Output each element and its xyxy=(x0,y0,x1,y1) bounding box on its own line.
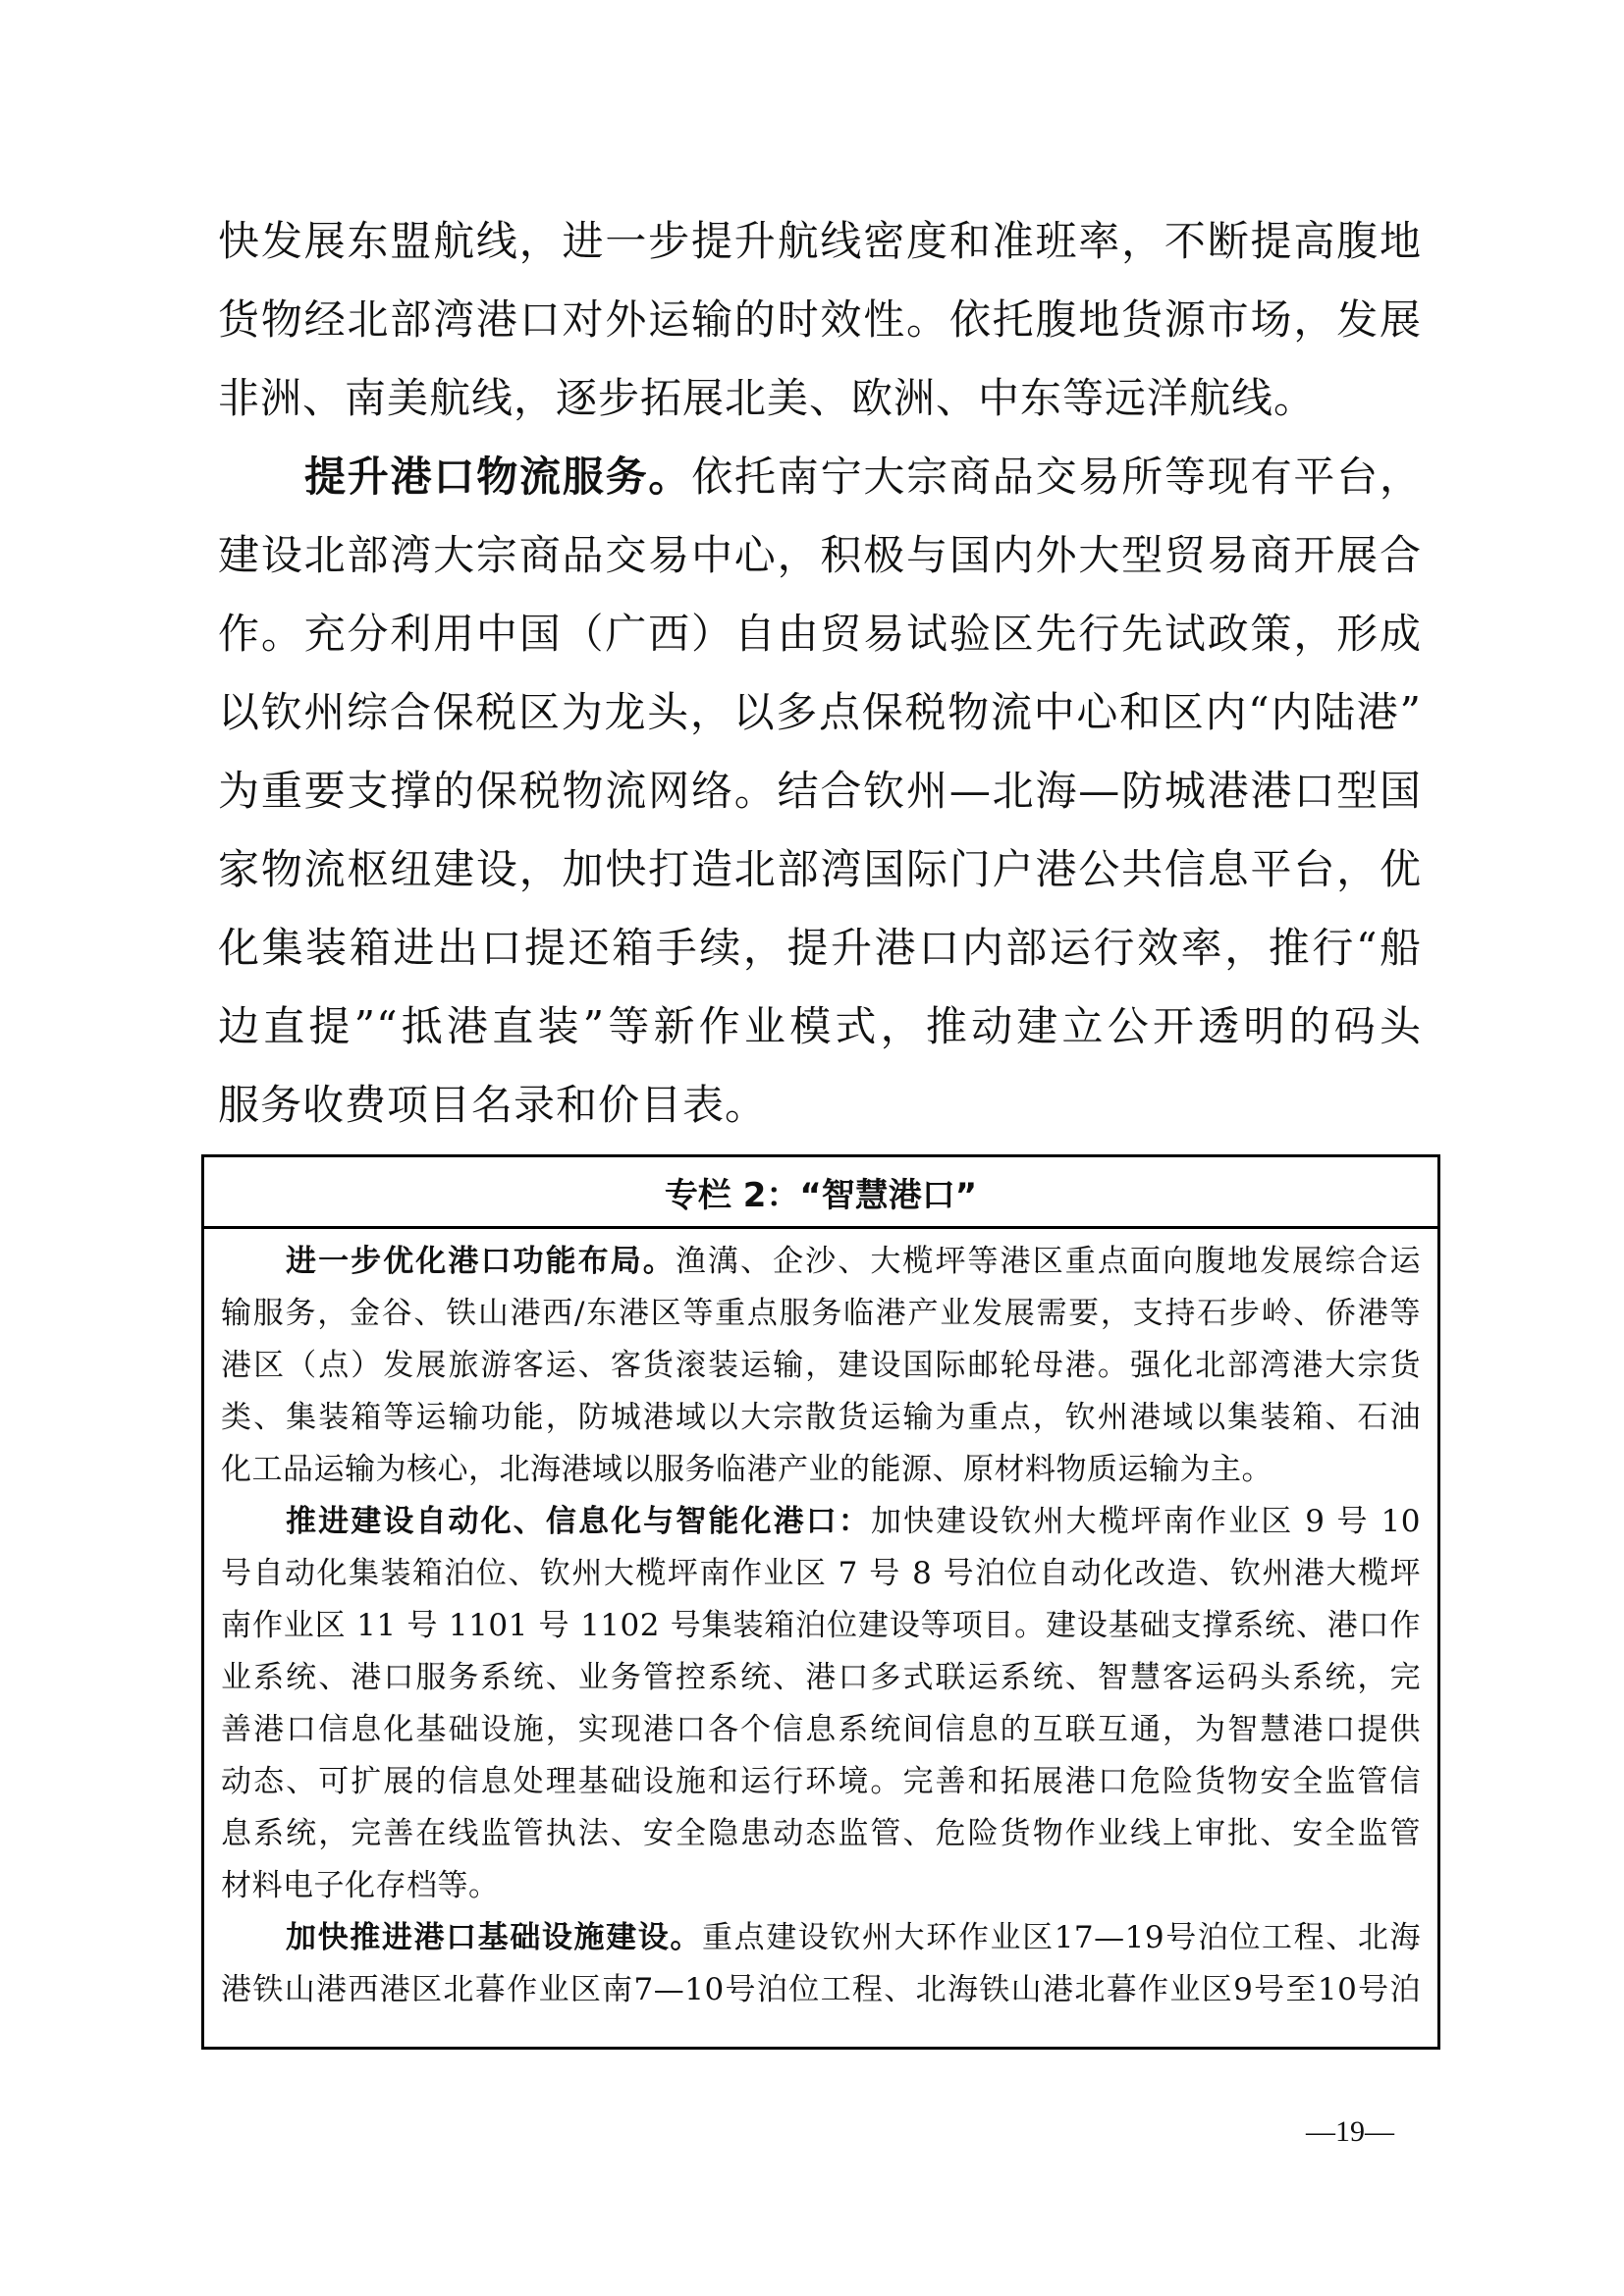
line-text: 输服务，金谷、铁山港西/东港区等重点服务临港产业发展需要，支持石步岭、侨港等 xyxy=(221,1296,1421,1331)
line-text: 重点建设钦州大环作业区17—19号泊位工程、北海 xyxy=(702,1920,1421,1955)
line-text: 化集装箱进出口提还箱手续，提升港口内部运行效率，推行“船 xyxy=(218,924,1422,972)
line-text: 加快建设钦州大榄坪南作业区 9 号 10 xyxy=(871,1504,1421,1539)
body-line-10: 化集装箱进出口提还箱手续，提升港口内部运行效率，推行“船 xyxy=(218,921,1422,999)
line-text: 非洲、南美航线，逐步拓展北美、欧洲、中东等远洋航线。 xyxy=(218,374,1316,422)
box-line-15: 港铁山港西港区北暮作业区南7—10号泊位工程、北海铁山港北暮作业区9号至10号泊 xyxy=(221,1967,1421,2019)
box-line-11: 动态、可扩展的信息处理基础设施和运行环境。完善和拓展港口危险货物安全监管信 xyxy=(221,1759,1421,1811)
box-line-4: 类、集装箱等运输功能，防城港域以大宗散货运输为重点，钦州港域以集装箱、石油 xyxy=(221,1395,1421,1447)
box-heading-infrastructure: 加快推进港口基础设施建设。 xyxy=(286,1920,702,1955)
column-box-title: 专栏 2：“智慧港口” xyxy=(665,1168,977,1216)
line-text: 快发展东盟航线，进一步提升航线密度和准班率，不断提高腹地 xyxy=(218,217,1422,265)
body-line-3: 非洲、南美航线，逐步拓展北美、欧洲、中东等远洋航线。 xyxy=(218,371,1422,450)
line-text: 以钦州综合保税区为龙头，以多点保税物流中心和区内“内陆港” xyxy=(218,688,1422,736)
line-text: 渔澫、企沙、大榄坪等港区重点面向腹地发展综合运 xyxy=(676,1244,1421,1279)
box-line-7: 号自动化集装箱泊位、钦州大榄坪南作业区 7 号 8 号泊位自动化改造、钦州港大榄… xyxy=(221,1551,1421,1603)
line-text: 业系统、港口服务系统、业务管控系统、港口多式联运系统、智慧客运码头系统，完 xyxy=(221,1660,1421,1695)
line-text: 为重要支撑的保税物流网络。结合钦州—北海—防城港港口型国 xyxy=(218,767,1422,815)
line-text: 作。充分利用中国（广西）自由贸易试验区先行先试政策，形成 xyxy=(218,610,1422,658)
box-line-10: 善港口信息化基础设施，实现港口各个信息系统间信息的互联互通，为智慧港口提供 xyxy=(221,1707,1421,1759)
line-text: 港区（点）发展旅游客运、客货滚装运输，建设国际邮轮母港。强化北部湾港大宗货 xyxy=(221,1348,1421,1383)
line-text: 服务收费项目名录和价目表。 xyxy=(218,1081,767,1129)
box-line-2: 输服务，金谷、铁山港西/东港区等重点服务临港产业发展需要，支持石步岭、侨港等 xyxy=(221,1291,1421,1343)
line-text: 依托南宁大宗商品交易所等现有平台， xyxy=(691,453,1422,501)
body-line-1: 快发展东盟航线，进一步提升航线密度和准班率，不断提高腹地 xyxy=(218,214,1422,293)
box-line-3: 港区（点）发展旅游客运、客货滚装运输，建设国际邮轮母港。强化北部湾港大宗货 xyxy=(221,1343,1421,1395)
box-line-14: 加快推进港口基础设施建设。重点建设钦州大环作业区17—19号泊位工程、北海 xyxy=(221,1915,1421,1967)
body-line-5: 建设北部湾大宗商品交易中心，积极与国内外大型贸易商开展合 xyxy=(218,528,1422,607)
line-text: 息系统，完善在线监管执法、安全隐患动态监管、危险货物作业线上审批、安全监管 xyxy=(221,1816,1421,1851)
body-text: 快发展东盟航线，进一步提升航线密度和准班率，不断提高腹地 货物经北部湾港口对外运… xyxy=(218,214,1422,1156)
box-line-1: 进一步优化港口功能布局。渔澫、企沙、大榄坪等港区重点面向腹地发展综合运 xyxy=(221,1239,1421,1291)
line-text: 家物流枢纽建设，加快打造北部湾国际门户港公共信息平台，优 xyxy=(218,845,1422,893)
box-line-8: 南作业区 11 号 1101 号 1102 号集装箱泊位建设等项目。建设基础支撑… xyxy=(221,1603,1421,1655)
line-text: 南作业区 11 号 1101 号 1102 号集装箱泊位建设等项目。建设基础支撑… xyxy=(221,1608,1421,1643)
box-heading-layout: 进一步优化港口功能布局。 xyxy=(286,1244,676,1279)
line-text: 港铁山港西港区北暮作业区南7—10号泊位工程、北海铁山港北暮作业区9号至10号泊 xyxy=(221,1972,1421,2007)
box-line-13: 材料电子化存档等。 xyxy=(221,1863,1421,1915)
box-line-6: 推进建设自动化、信息化与智能化港口：加快建设钦州大榄坪南作业区 9 号 10 xyxy=(221,1499,1421,1551)
box-line-12: 息系统，完善在线监管执法、安全隐患动态监管、危险货物作业线上审批、安全监管 xyxy=(221,1811,1421,1863)
box-line-5: 化工品运输为核心，北海港域以服务临港产业的能源、原材料物质运输为主。 xyxy=(221,1447,1421,1499)
box-line-9: 业系统、港口服务系统、业务管控系统、港口多式联运系统、智慧客运码头系统，完 xyxy=(221,1655,1421,1707)
body-line-12: 服务收费项目名录和价目表。 xyxy=(218,1078,1422,1156)
body-line-6: 作。充分利用中国（广西）自由贸易试验区先行先试政策，形成 xyxy=(218,607,1422,685)
box-heading-automation: 推进建设自动化、信息化与智能化港口： xyxy=(286,1504,871,1539)
line-text: 善港口信息化基础设施，实现港口各个信息系统间信息的互联互通，为智慧港口提供 xyxy=(221,1712,1421,1747)
page-number: —19— xyxy=(1306,2115,1394,2149)
line-text: 号自动化集装箱泊位、钦州大榄坪南作业区 7 号 8 号泊位自动化改造、钦州港大榄… xyxy=(221,1556,1421,1591)
body-line-9: 家物流枢纽建设，加快打造北部湾国际门户港公共信息平台，优 xyxy=(218,842,1422,921)
section-heading-logistics: 提升港口物流服务。 xyxy=(304,453,691,501)
line-text: 类、集装箱等运输功能，防城港域以大宗散货运输为重点，钦州港域以集装箱、石油 xyxy=(221,1400,1421,1435)
document-page: 快发展东盟航线，进一步提升航线密度和准班率，不断提高腹地 货物经北部湾港口对外运… xyxy=(0,0,1624,2296)
line-text: 化工品运输为核心，北海港域以服务临港产业的能源、原材料物质运输为主。 xyxy=(221,1452,1272,1487)
line-text: 货物经北部湾港口对外运输的时效性。依托腹地货源市场，发展 xyxy=(218,295,1422,344)
body-line-7: 以钦州综合保税区为龙头，以多点保税物流中心和区内“内陆港” xyxy=(218,685,1422,764)
column-box-body: 进一步优化港口功能布局。渔澫、企沙、大榄坪等港区重点面向腹地发展综合运 输服务，… xyxy=(204,1229,1437,2019)
body-line-8: 为重要支撑的保税物流网络。结合钦州—北海—防城港港口型国 xyxy=(218,764,1422,842)
column-box-smart-port: 专栏 2：“智慧港口” 进一步优化港口功能布局。渔澫、企沙、大榄坪等港区重点面向… xyxy=(201,1154,1440,2050)
line-text: 材料电子化存档等。 xyxy=(221,1868,500,1903)
body-line-4: 提升港口物流服务。依托南宁大宗商品交易所等现有平台， xyxy=(218,450,1422,528)
line-text: 边直提”“抵港直装”等新作业模式，推动建立公开透明的码头 xyxy=(218,1002,1422,1050)
line-text: 建设北部湾大宗商品交易中心，积极与国内外大型贸易商开展合 xyxy=(218,531,1422,579)
column-box-header: 专栏 2：“智慧港口” xyxy=(204,1157,1437,1229)
body-line-11: 边直提”“抵港直装”等新作业模式，推动建立公开透明的码头 xyxy=(218,999,1422,1078)
body-line-2: 货物经北部湾港口对外运输的时效性。依托腹地货源市场，发展 xyxy=(218,293,1422,371)
line-text: 动态、可扩展的信息处理基础设施和运行环境。完善和拓展港口危险货物安全监管信 xyxy=(221,1764,1421,1799)
